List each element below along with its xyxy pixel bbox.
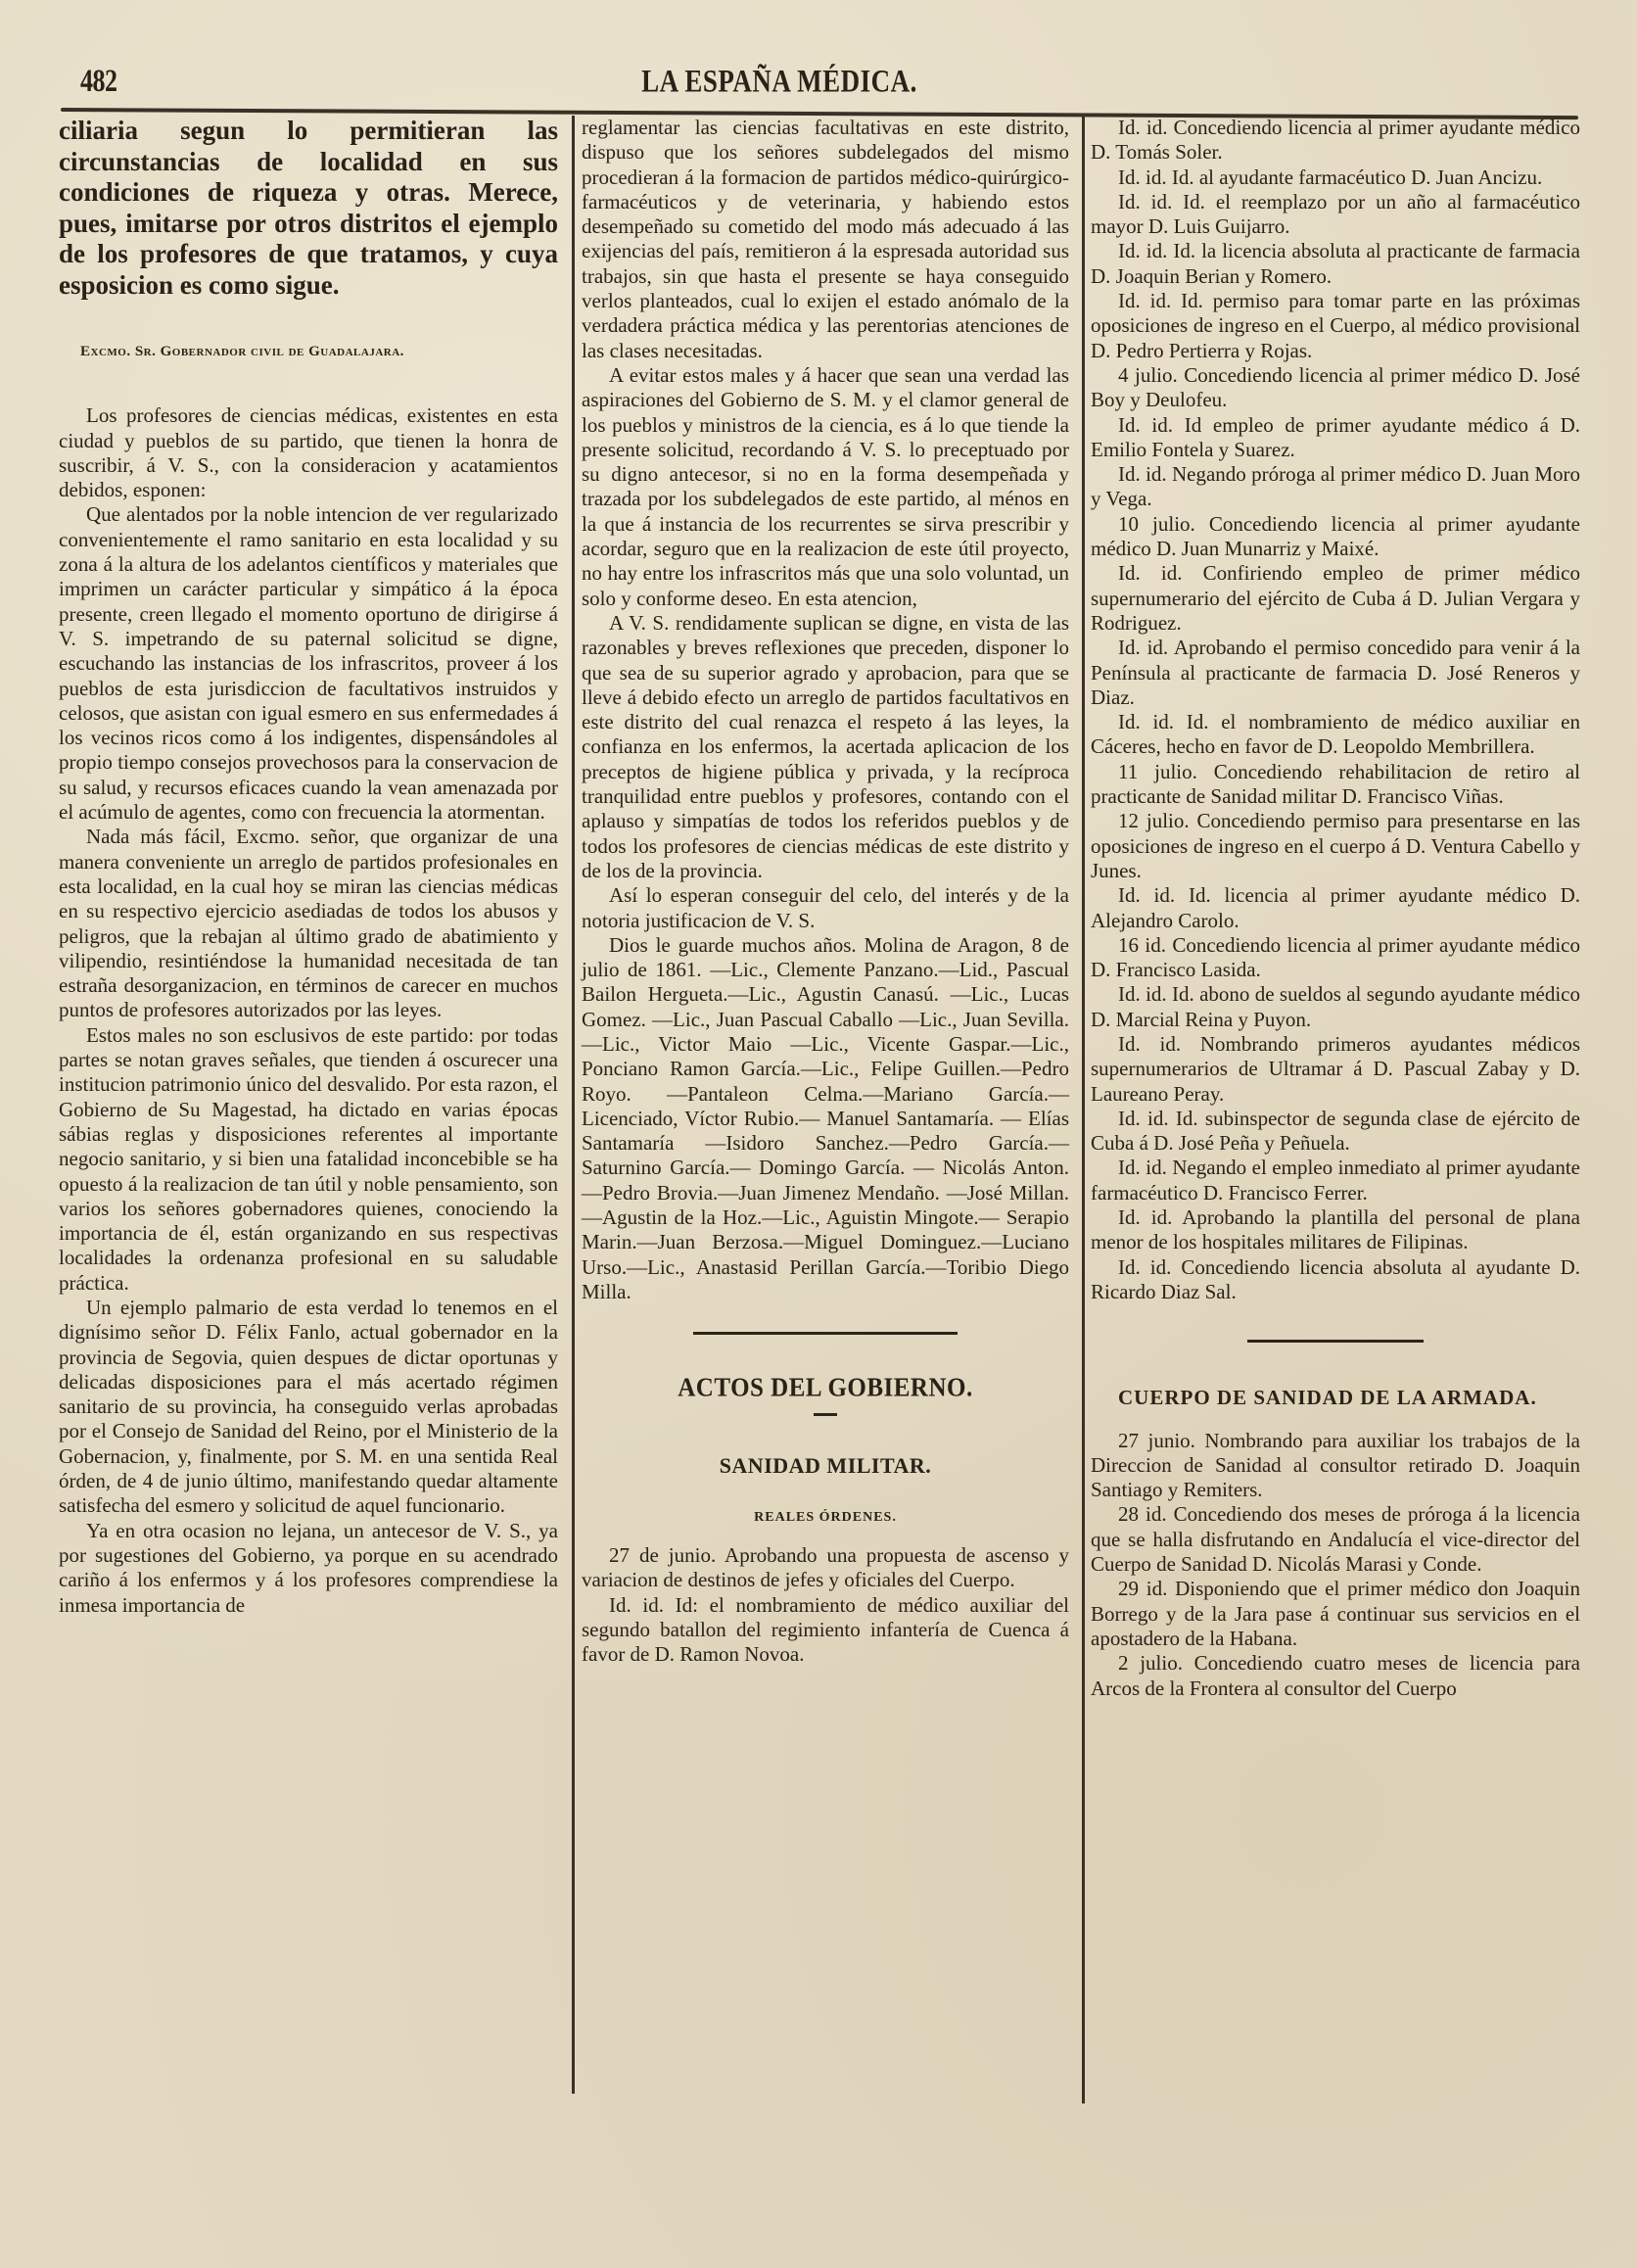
decree-entry: 29 id. Disponiendo que el primer médico … — [1091, 1577, 1580, 1651]
continued-paragraph: reglamentar las ciencias facultativas en… — [582, 116, 1069, 363]
spacer — [582, 1530, 1069, 1543]
paragraph: Los profesores de ciencias médicas, exis… — [59, 403, 558, 502]
decree-entry: 28 id. Concediendo dos meses de próroga … — [1091, 1502, 1580, 1577]
paragraph: Estos males no son esclusivos de este pa… — [59, 1023, 558, 1296]
masthead-title: LA ESPAÑA MÉDICA. — [0, 64, 1598, 100]
decree-entry: Id. id. Aprobando la plantilla del perso… — [1091, 1205, 1580, 1255]
lead-paragraph-block: ciliaria segun lo permitieran las circun… — [59, 116, 558, 301]
section-title-actos: ACTOS DEL GOBIERNO. — [582, 1375, 1069, 1402]
decree-entry: Id. id. Id. permiso para tomar parte en … — [1091, 289, 1580, 363]
column-rule-right — [1082, 116, 1085, 2103]
decree-entry: Id. id. Id empleo de primer ayudante méd… — [1091, 413, 1580, 463]
decree-entry: Id. id. Negando próroga al primer médico… — [1091, 462, 1580, 512]
signatures-paragraph: Dios le guarde muchos años. Molina de Ar… — [582, 933, 1069, 1304]
column-rule-left — [572, 116, 575, 2094]
lead-paragraph: ciliaria segun lo permitieran las circun… — [59, 116, 558, 301]
title-dash — [814, 1413, 837, 1416]
decree-entry: Id. id. Id. el reemplazo por un año al f… — [1091, 190, 1580, 240]
decree-entry: Id. id. Id: el nombramiento de médico au… — [582, 1593, 1069, 1668]
decree-entry: 4 julio. Concediendo licencia al primer … — [1091, 363, 1580, 413]
decree-entry: 27 junio. Nombrando para auxiliar los tr… — [1091, 1429, 1580, 1503]
decree-entry: Id. id. Concediendo licencia absoluta al… — [1091, 1255, 1580, 1305]
decree-entry: 11 julio. Concediendo rehabilitacion de … — [1091, 760, 1580, 810]
decree-entry: 12 julio. Concediendo permiso para prese… — [1091, 809, 1580, 883]
paragraph: Un ejemplo palmario de esta verdad lo te… — [59, 1296, 558, 1519]
paragraph: A evitar estos males y á hacer que sean … — [582, 363, 1069, 611]
decree-entry: 2 julio. Concediendo cuatro meses de lic… — [1091, 1651, 1580, 1701]
decree-entry: Id. id. Id. abono de sueldos al segundo … — [1091, 982, 1580, 1032]
address-line: Excmo. Sr. Gobernador civil de Guadalaja… — [80, 340, 558, 364]
decree-entry: 16 id. Concediendo licencia al primer ay… — [1091, 933, 1580, 983]
decree-entry: Id. id. Concediendo licencia al primer a… — [1091, 116, 1580, 165]
decree-entry: Id. id. Id. subinspector de segunda clas… — [1091, 1107, 1580, 1157]
decree-entry: Id. id. Id. licencia al primer ayudante … — [1091, 883, 1580, 933]
section-subsubtitle-reales-ordenes: REALES ÓRDENES. — [582, 1505, 1069, 1530]
section-subtitle-sanidad-militar: SANIDAD MILITAR. — [582, 1453, 1069, 1478]
decree-entry: 10 julio. Concediendo licencia al primer… — [1091, 512, 1580, 562]
paragraph: Así lo esperan conseguir del celo, del i… — [582, 883, 1069, 933]
paragraph: Que alentados por la noble intencion de … — [59, 502, 558, 825]
decree-entry: Id. id. Id. la licencia absoluta al prac… — [1091, 239, 1580, 289]
paragraph: A V. S. rendidamente suplican se digne, … — [582, 611, 1069, 883]
paragraph: Ya en otra ocasion no lejana, un anteces… — [59, 1519, 558, 1618]
decree-entry: Id. id. Aprobando el permiso concedido p… — [1091, 636, 1580, 710]
section-title-armada: CUERPO DE SANIDAD DE LA ARMADA. — [1091, 1386, 1580, 1410]
decree-entry: Id. id. Negando el empleo inmediato al p… — [1091, 1156, 1580, 1205]
address-rest: Gobernador civil de Guadalajara. — [161, 344, 404, 359]
section-divider — [1247, 1340, 1424, 1343]
decree-entry: Id. id. Id. al ayudante farmacéutico D. … — [1091, 165, 1580, 190]
paragraph: Nada más fácil, Excmo. señor, que organi… — [59, 825, 558, 1022]
left-column: ciliaria segun lo permitieran las circun… — [59, 116, 558, 1618]
decree-entry: 27 de junio. Aprobando una propuesta de … — [582, 1543, 1069, 1593]
right-column: Id. id. Concediendo licencia al primer a… — [1091, 116, 1580, 1701]
section-divider — [693, 1332, 958, 1335]
middle-column: reglamentar las ciencias facultativas en… — [582, 116, 1069, 1668]
decree-entry: Id. id. Id. el nombramiento de médico au… — [1091, 710, 1580, 760]
address-prefix: Excmo. Sr. — [80, 344, 161, 359]
decree-entry: Id. id. Nombrando primeros ayudantes méd… — [1091, 1032, 1580, 1107]
decree-entry: Id. id. Confiriendo empleo de primer méd… — [1091, 561, 1580, 636]
